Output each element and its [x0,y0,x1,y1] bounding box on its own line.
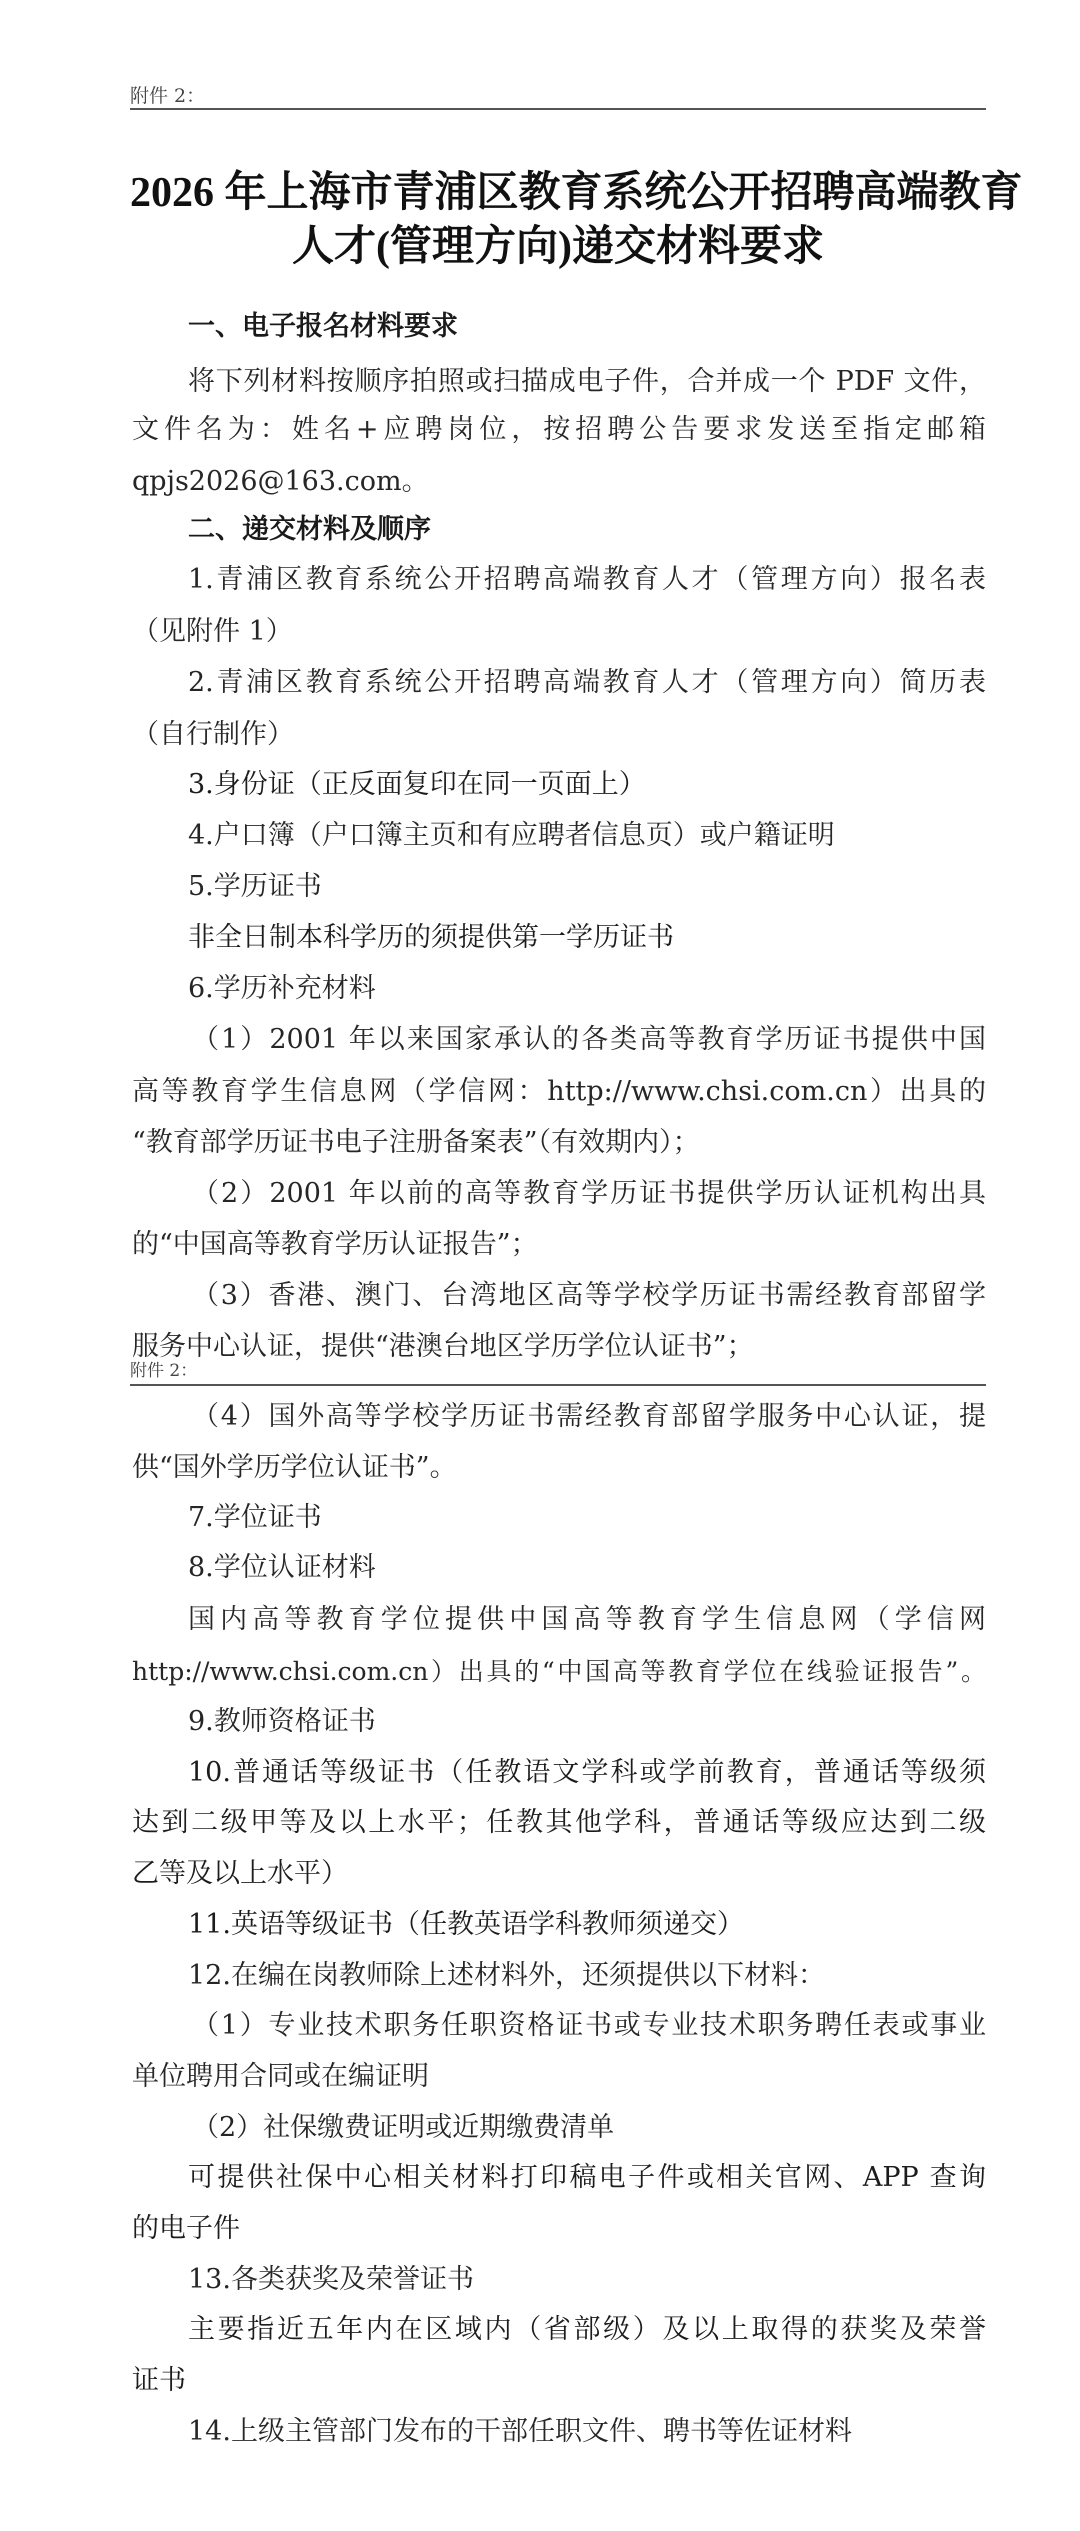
sub-item: （1）2001 年以来国家承认的各类高等教育学历证书提供中国 [132,1015,986,1065]
paragraph-line: 证书 [132,2356,986,2406]
header-rule [130,1384,986,1386]
list-item: 6.学历补充材料 [132,964,986,1014]
sub-item: （1）专业技术职务任职资格证书或专业技术职务聘任表或事业 [132,2001,986,2051]
email-address: qpjs2026@163.com。 [132,457,986,507]
paragraph-line: 主要指近五年内在区域内（省部级）及以上取得的获奖及荣誉 [132,2305,986,2355]
list-item-continuation: （见附件 1） [132,607,986,657]
section-heading-electronic-materials: 一、电子报名材料要求 [132,302,986,352]
list-item: 5.学历证书 [132,862,986,912]
attachment-label: 附件 2： [130,1360,197,1382]
attachment-label: 附件 2： [130,85,205,107]
list-item: 13.各类获奖及荣誉证书 [132,2255,986,2305]
sub-item-continuation: 单位聘用合同或在编证明 [132,2052,986,2102]
paragraph-line: 可提供社保中心相关材料打印稿电子件或相关官网、APP 查询 [132,2153,986,2203]
sub-item: （3）香港、澳门、台湾地区高等学校学历证书需经教育部留学 [132,1271,986,1321]
list-item: 12.在编在岗教师除上述材料外，还须提供以下材料： [132,1951,986,2001]
list-item: 14.上级主管部门发布的干部任职文件、聘书等佐证材料 [132,2407,986,2457]
list-item: 1.青浦区教育系统公开招聘高端教育人才（管理方向）报名表 [132,555,986,605]
list-item: 2.青浦区教育系统公开招聘高端教育人才（管理方向）简历表 [132,658,986,708]
paragraph-line: 文件名为：姓名+应聘岗位，按招聘公告要求发送至指定邮箱 [132,405,986,455]
list-item: 9.教师资格证书 [132,1697,986,1747]
sub-item-continuation: 高等教育学生信息网（学信网：http://www.chsi.com.cn）出具的 [132,1067,986,1117]
paragraph-line: http://www.chsi.com.cn）出具的“中国高等教育学位在线验证报… [132,1647,986,1697]
list-item: 3.身份证（正反面复印在同一页面上） [132,760,986,810]
list-item: 4.户口簿（户口簿主页和有应聘者信息页）或户籍证明 [132,811,986,861]
header-rule [130,108,986,110]
list-item: 10.普通话等级证书（任教语文学科或学前教育，普通话等级须 [132,1748,986,1798]
list-item: 11.英语等级证书（任教英语学科教师须递交） [132,1900,986,1950]
list-item-continuation: 乙等及以上水平） [132,1849,986,1899]
sub-item: （2）社保缴费证明或近期缴费清单 [132,2103,986,2153]
list-item-note: 非全日制本科学历的须提供第一学历证书 [132,913,986,963]
list-item-continuation: 达到二级甲等及以上水平；任教其他学科，普通话等级应达到二级 [132,1798,986,1848]
paragraph-line: 将下列材料按顺序拍照或扫描成电子件，合并成一个 PDF 文件， [132,357,986,407]
document-title-line-1: 2026 年上海市青浦区教育系统公开招聘高端教育 [130,166,986,220]
sub-item: （4）国外高等学校学历证书需经教育部留学服务中心认证，提 [132,1392,986,1442]
sub-item-continuation: 的“中国高等教育学历认证报告”； [132,1220,986,1270]
sub-item-continuation: 供“国外学历学位认证书”。 [132,1443,986,1493]
paragraph-line: 国内高等教育学位提供中国高等教育学生信息网（学信网 [132,1595,986,1645]
sub-item-continuation: 服务中心认证，提供“港澳台地区学历学位认证书”； [132,1322,986,1372]
list-item: 7.学位证书 [132,1493,986,1543]
document-title-line-2: 人才(管理方向)递交材料要求 [130,220,986,274]
list-item: 8.学位认证材料 [132,1543,986,1593]
paragraph-line: 的电子件 [132,2204,986,2254]
sub-item: （2）2001 年以前的高等教育学历证书提供学历认证机构出具 [132,1169,986,1219]
sub-item-continuation: “教育部学历证书电子注册备案表”（有效期内）； [132,1118,986,1168]
section-heading-materials-order: 二、递交材料及顺序 [132,505,986,555]
list-item-continuation: （自行制作） [132,710,986,760]
